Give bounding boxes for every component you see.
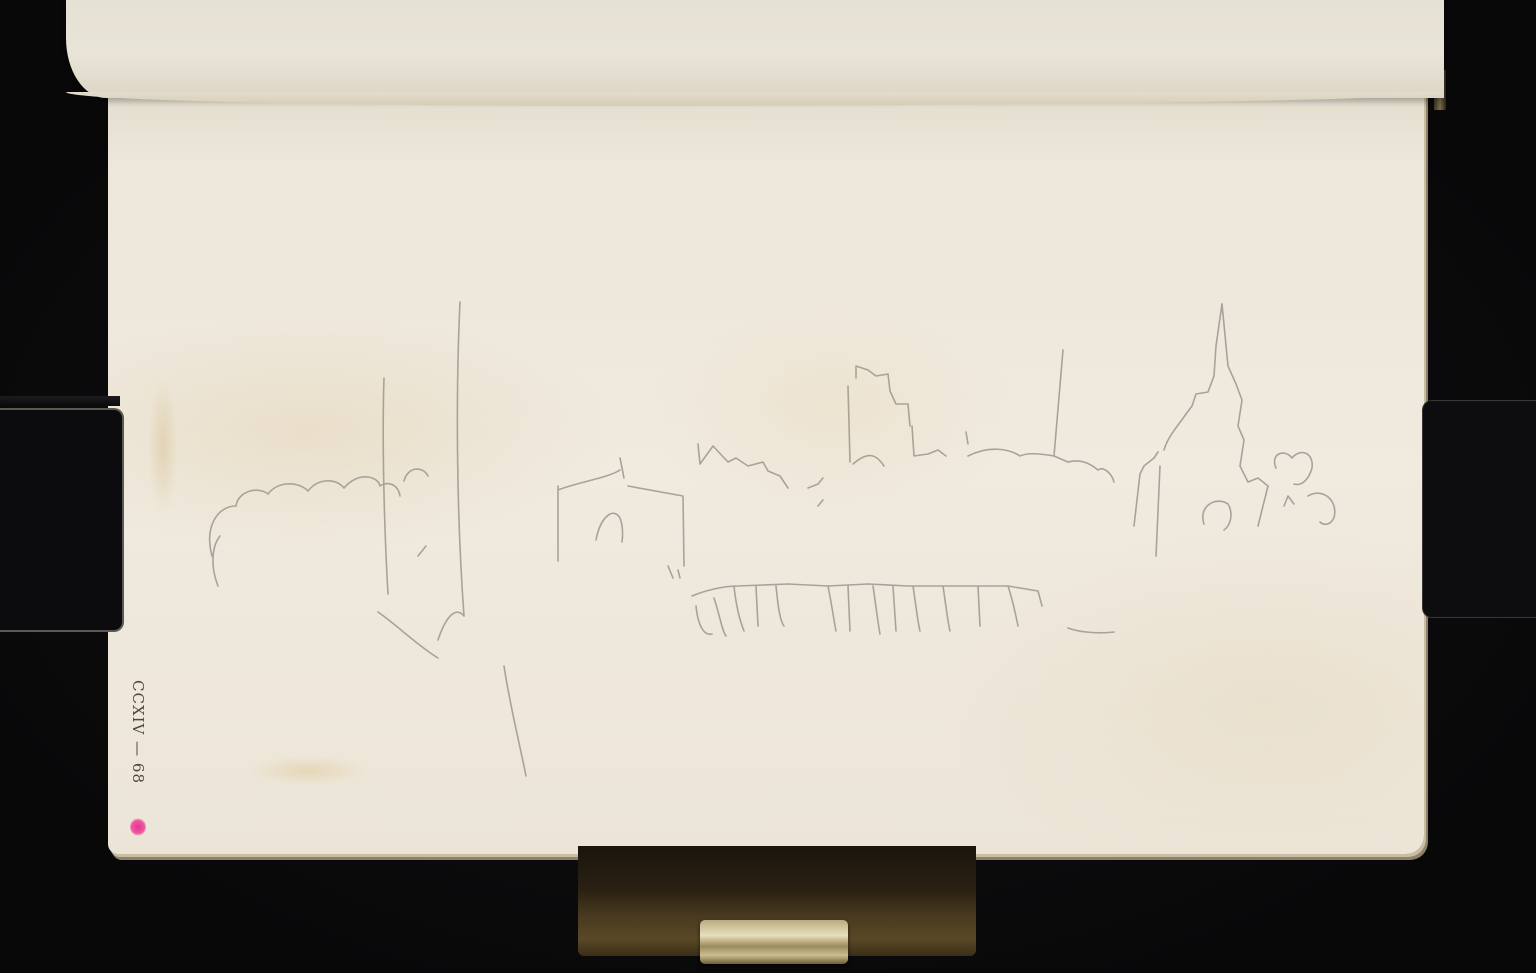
stamp-text: CCXIV — 68 [129, 680, 147, 784]
right-black-clip [1422, 400, 1536, 618]
left-black-clip [0, 408, 124, 632]
clip-band [0, 396, 120, 406]
curled-top-page [66, 0, 1444, 98]
pink-ink-mark [130, 818, 146, 836]
brass-clip-tab [700, 920, 848, 964]
pencil-sketch [108, 86, 1424, 854]
sketchbook-page [108, 86, 1424, 854]
